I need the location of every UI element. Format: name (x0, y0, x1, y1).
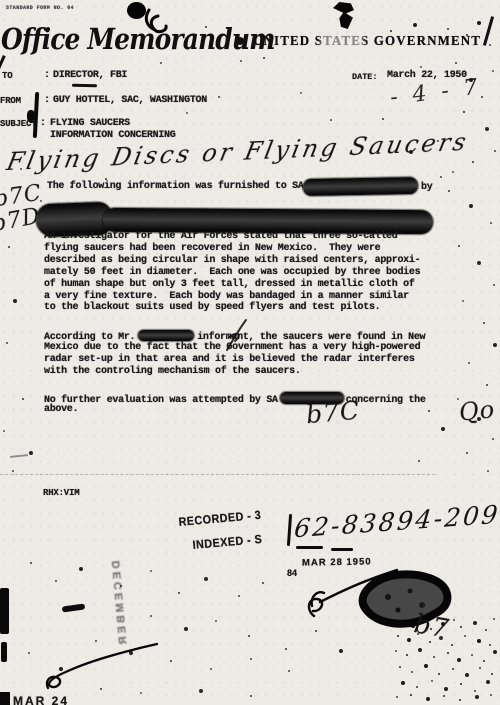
foia-code-body: b7C (305, 396, 361, 430)
form-number: STANDARD FORM NO. 64 (6, 5, 74, 11)
edge-pen-stroke (483, 16, 494, 46)
faint-rule (0, 474, 435, 475)
date-label: DATE: (352, 72, 378, 82)
subject-label: SUBJECT (0, 119, 36, 129)
swoosh-signature (40, 638, 162, 694)
edge-check-mark (0, 55, 6, 69)
government-title: UNITED STATES GOVERNMENT (253, 33, 481, 49)
memo-page: STANDARD FORM NO. 64 Office Memorandum U… (0, 0, 500, 705)
paragraph-3-line1: No further evaluation was attempted by S… (44, 392, 426, 407)
from-label: FROM (0, 96, 21, 106)
bottom-partial-stamp: MAR 24 (13, 694, 69, 705)
noise-speckles (0, 0, 2, 2)
edge-ink-bar-2 (1, 642, 7, 662)
typist-initials: RHX:VIM (43, 488, 79, 498)
title-bullet (236, 37, 244, 45)
paragraph-3-pre: No further evaluation was attempted by S… (44, 395, 278, 406)
edge-ink-bar (0, 588, 9, 634)
paragraph-1: An investigator for the Air Forces state… (44, 231, 446, 314)
bottom-stamp-block (0, 692, 10, 705)
from-value: GUY HOTTEL, SAC, WASHINGTON (53, 95, 207, 107)
subject-line2: INFORMATION CONCERNING (50, 130, 175, 142)
pen-dash (62, 603, 86, 612)
file-number-underline-1 (296, 546, 323, 549)
to-separator: : (44, 70, 50, 82)
intro-text-by: by (421, 182, 432, 194)
redaction-informant-name (138, 330, 194, 341)
from-separator: : (44, 95, 50, 107)
indexed-stamp: INDEXED - S (192, 532, 263, 552)
file-number-pen-stroke (287, 514, 292, 546)
intro-text: The following information was furnished … (47, 181, 304, 193)
redaction-sa-name (303, 177, 418, 196)
right-edge-scrawl: Qo (458, 395, 497, 427)
to-label: TO (2, 71, 12, 81)
title-smudge (320, 33, 364, 50)
subject-line1: FLYING SAUCERS (50, 118, 130, 130)
to-value: DIRECTOR, FBI (53, 70, 127, 82)
noise-speckles (0, 540, 2, 542)
subject-separator: : (40, 118, 46, 130)
foia-code-bottom-right: b7 (412, 609, 452, 645)
noise-speckles (0, 160, 2, 162)
file-number: 62-83894-209 (293, 500, 500, 544)
paragraph-3-line2: above. (44, 404, 78, 416)
file-number-underline-2 (331, 548, 353, 551)
overlapping-pen-scrawl (222, 318, 252, 352)
received-number: 84 (287, 568, 297, 578)
recorded-stamp: RECORDED - 3 (178, 508, 262, 529)
ink-blob-top-right (333, 2, 354, 29)
memo-title: Office Memorandum (1, 22, 275, 56)
director-underline (72, 84, 97, 87)
faint-pen-dash (10, 454, 28, 458)
